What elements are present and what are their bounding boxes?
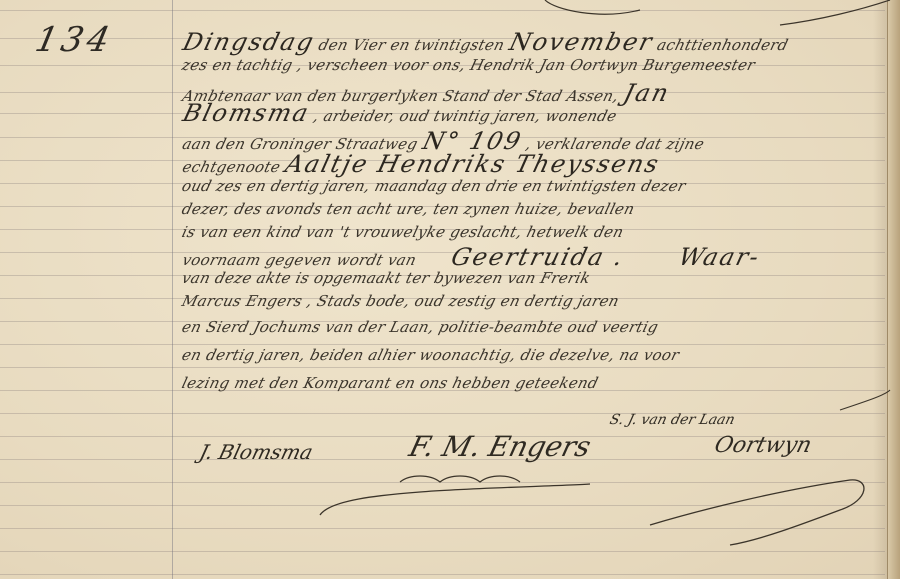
text-line-14: en dertig jaren, beiden alhier woonachti…	[180, 346, 681, 364]
ruled-line	[0, 413, 885, 414]
ruled-line	[0, 482, 885, 483]
ruled-line	[0, 10, 885, 11]
line-10-text: voornaam gegeven wordt van	[180, 251, 418, 269]
father-first-name: Jan	[621, 79, 673, 107]
father-surname: Blomsma	[180, 99, 313, 127]
entry-number: 134	[32, 20, 117, 60]
text-line-11: van deze akte is opgemaakt ter bywezen v…	[180, 269, 592, 287]
signature-registrar: Oortwyn	[712, 433, 814, 458]
weekday: Dingsdag	[180, 28, 318, 56]
ruled-line	[0, 344, 885, 345]
ruled-line	[0, 551, 885, 552]
ruled-line	[0, 574, 885, 575]
text-line-12: Marcus Engers , Stads bode, oud zestig e…	[180, 292, 621, 310]
text-line-15: lezing met den Komparant en ons hebben g…	[180, 374, 600, 392]
signature-father: J. Blomsma	[197, 440, 315, 464]
month-name: November	[507, 28, 657, 56]
ruled-line	[0, 367, 885, 368]
register-page: 134 Dingsdag den Vier en twintigsten Nov…	[0, 0, 900, 579]
signature-witness-engers: F. M. Engers	[406, 430, 594, 463]
text-line-2: zes en tachtig , verscheen voor ons, Hen…	[180, 56, 757, 74]
child-name: Geertruida .	[448, 243, 627, 271]
text-line-9: is van een kind van 't vrouwelyke geslac…	[180, 223, 626, 241]
line-6-text: echtgenoote	[180, 158, 282, 176]
ruled-line	[0, 505, 885, 506]
page-binding-edge	[887, 0, 900, 579]
text-line-1: Dingsdag den Vier en twintigsten Novembe…	[180, 28, 792, 56]
margin-line	[172, 0, 173, 579]
ruled-line	[0, 528, 885, 529]
mother-name: Aaltje Hendriks Theyssens	[282, 150, 663, 178]
text-line-6: echtgenoote Aaltje Hendriks Theyssens	[180, 150, 663, 178]
line-10-tail: Waar-	[676, 243, 764, 271]
signature-witness-vanderlaan: S. J. van der Laan	[608, 412, 737, 428]
line-1-text: den Vier en twintigsten	[317, 36, 512, 54]
text-line-13: en Sierd Jochums van der Laan, politie-b…	[180, 318, 660, 336]
line-1-tail: achttienhonderd	[655, 36, 790, 54]
text-line-7: oud zes en dertig jaren, maandag den dri…	[180, 177, 688, 195]
text-line-10: voornaam gegeven wordt van Geertruida . …	[180, 243, 763, 271]
line-4-text: , arbeider, oud twintig jaren, wonende	[311, 107, 618, 125]
text-line-8: dezer, des avonds ten acht ure, ten zyne…	[180, 200, 637, 218]
text-line-4: Blomsma , arbeider, oud twintig jaren, w…	[180, 99, 621, 127]
